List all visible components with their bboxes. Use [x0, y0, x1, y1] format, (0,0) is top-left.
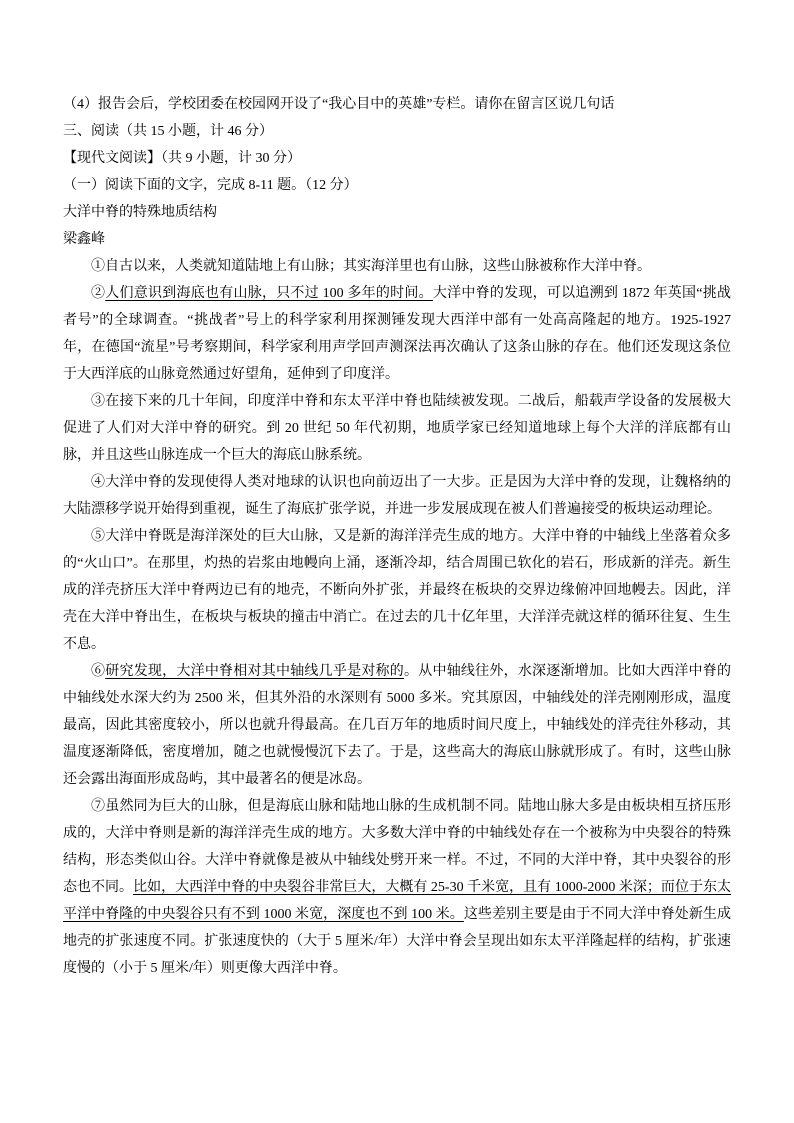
underlined-text-segment: 人们意识到海底也有山脉，只不过 100 多年的时间。 — [105, 286, 433, 301]
passage-paragraph: ⑤大洋中脊既是海洋深处的巨大山脉，又是新的海洋洋壳生成的地方。大洋中脊的中轴线上… — [63, 523, 731, 658]
passage-paragraph: ③在接下来的几十年间，印度洋中脊和东太平洋中脊也陆续被发现。二战后，船载声学设备… — [63, 388, 731, 469]
passage-instruction: （一）阅读下面的文字，完成 8-11 题。（12 分） — [63, 172, 731, 199]
text-segment: ①自古以来，人类就知道陆地上有山脉；其实海洋里也有山脉，这些山脉被称作大洋中脊。 — [91, 259, 651, 274]
text-segment: ⑤大洋中脊既是海洋深处的巨大山脉，又是新的海洋洋壳生成的地方。大洋中脊的中轴线上… — [63, 529, 731, 652]
modern-reading-heading: 【现代文阅读】（共 9 小题，计 30 分） — [63, 145, 731, 172]
passage-paragraph: ⑥研究发现，大洋中脊相对其中轴线几乎是对称的。从中轴线往外，水深逐渐增加。比如大… — [63, 658, 731, 793]
text-segment: 。从中轴线往外，水深逐渐增加。比如大西洋中脊的中轴线处水深大约为 2500 米，… — [63, 664, 731, 787]
text-segment: ② — [91, 286, 105, 301]
document-page: （4）报告会后，学校团委在校园网开设了“我心目中的英雄”专栏。请你在留言区说几句… — [0, 0, 794, 1123]
passage-author: 梁鑫峰 — [63, 226, 731, 253]
underlined-text-segment: 研究发现，大洋中脊相对其中轴线几乎是对称的 — [105, 664, 404, 679]
passage-paragraph: ②人们意识到海底也有山脉，只不过 100 多年的时间。大洋中脊的发现，可以追溯到… — [63, 280, 731, 388]
text-segment: ⑥ — [91, 664, 105, 679]
section-three-heading: 三、阅读（共 15 小题，计 46 分） — [63, 118, 731, 145]
text-segment: ④大洋中脊的发现使得人类对地球的认识也向前迈出了一大步。正是因为大洋中脊的发现，… — [63, 475, 731, 517]
passage-paragraph: ④大洋中脊的发现使得人类对地球的认识也向前迈出了一大步。正是因为大洋中脊的发现，… — [63, 469, 731, 523]
passage-title: 大洋中脊的特殊地质结构 — [63, 199, 731, 226]
passage-paragraph: ⑦虽然同为巨大的山脉，但是海底山脉和陆地山脉的生成机制不同。陆地山脉大多是由板块… — [63, 793, 731, 982]
passage-body: ①自古以来，人类就知道陆地上有山脉；其实海洋里也有山脉，这些山脉被称作大洋中脊。… — [63, 253, 731, 982]
passage-paragraph: ①自古以来，人类就知道陆地上有山脉；其实海洋里也有山脉，这些山脉被称作大洋中脊。 — [63, 253, 731, 280]
text-segment: ③在接下来的几十年间，印度洋中脊和东太平洋中脊也陆续被发现。二战后，船载声学设备… — [63, 394, 731, 463]
question-4-prompt: （4）报告会后，学校团委在校园网开设了“我心目中的英雄”专栏。请你在留言区说几句… — [63, 91, 731, 118]
